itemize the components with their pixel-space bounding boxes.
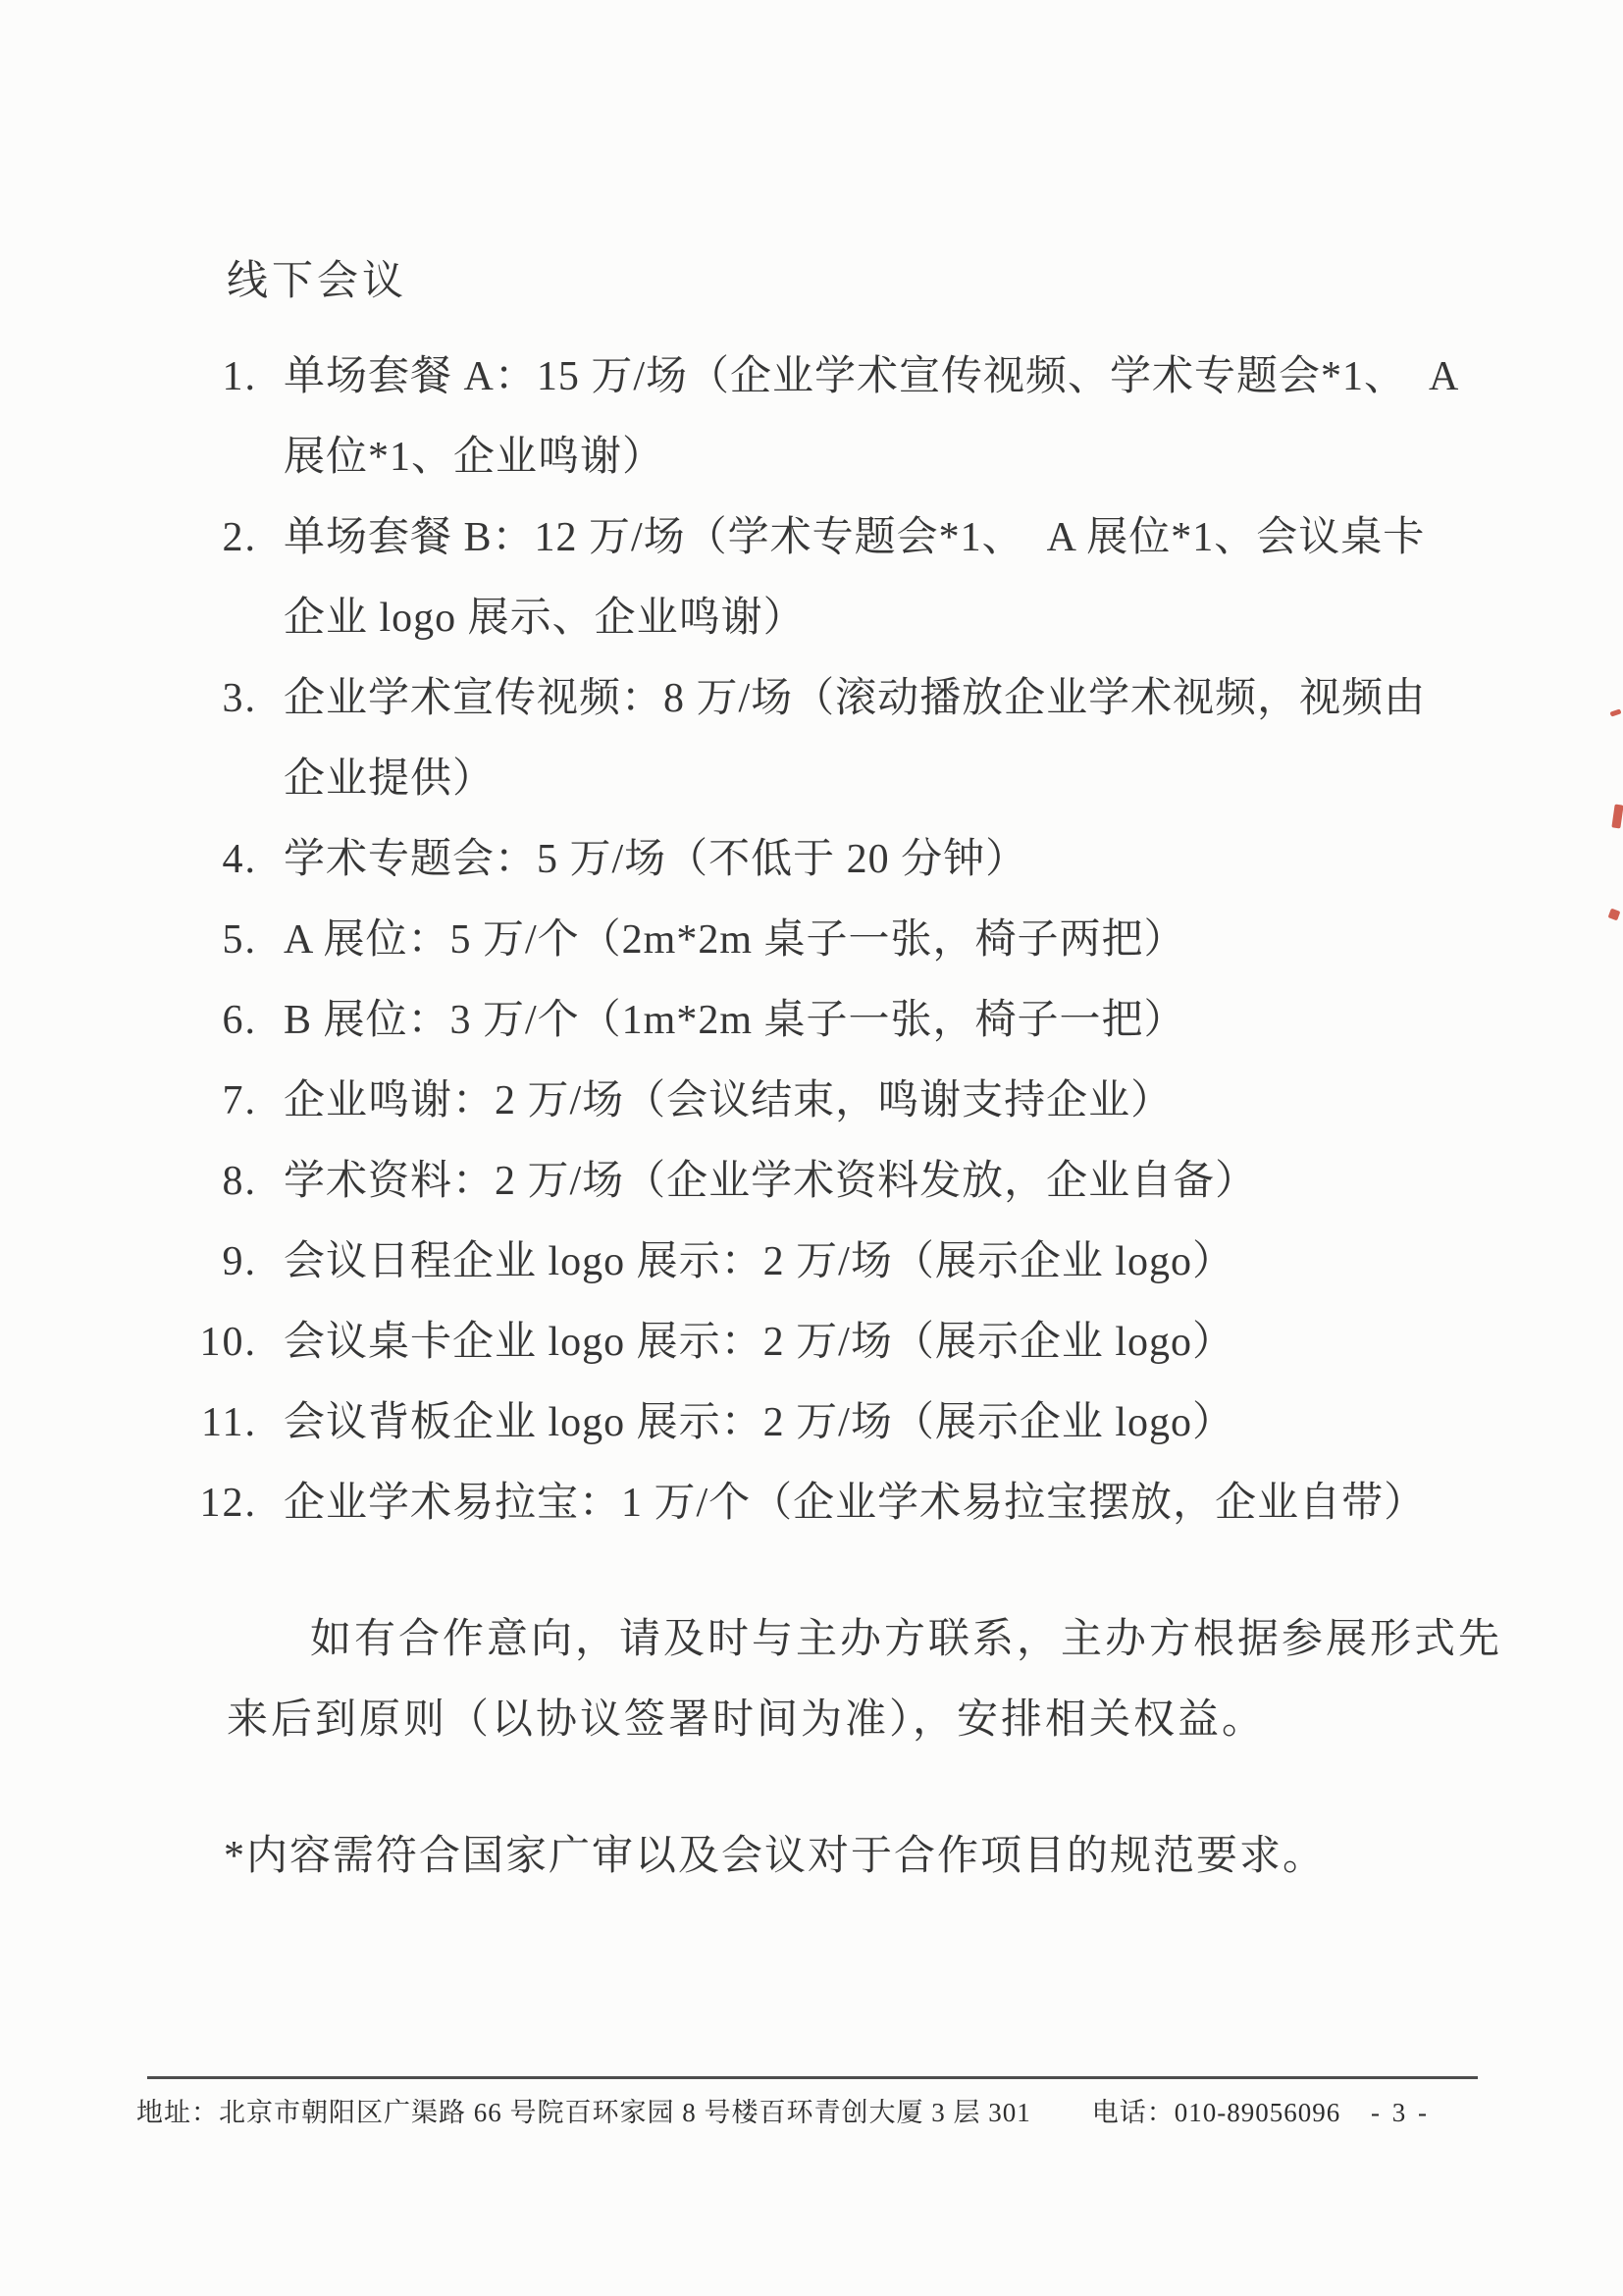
list-item-line: 单场套餐 A：15 万/场（企业学术宣传视频、学术专题会*1、 A <box>284 337 1516 417</box>
list-item: 10. 会议桌卡企业 logo 展示：2 万/场（展示企业 logo） <box>152 1302 1516 1383</box>
scan-artifact-red-mark <box>1608 909 1621 921</box>
list-item-text: 企业鸣谢：2 万/场（会议结束，鸣谢支持企业） <box>284 1061 1516 1141</box>
list-item: 8. 学术资料：2 万/场（企业学术资料发放，企业自备） <box>152 1141 1516 1222</box>
list-item-line: 展位*1、企业鸣谢） <box>284 417 1516 497</box>
section-title: 线下会议 <box>227 259 407 304</box>
list-item-line: 企业 logo 展示、企业鸣谢） <box>284 578 1516 658</box>
list-item-text: 单场套餐 B：12 万/场（学术专题会*1、 A 展位*1、会议桌卡企业 log… <box>284 497 1516 658</box>
paragraph-line: 来后到原则（以协议签署时间为准），安排相关权益。 <box>227 1680 1502 1760</box>
list-item-number: 11. <box>152 1383 257 1463</box>
list-item-line: 企业鸣谢：2 万/场（会议结束，鸣谢支持企业） <box>284 1061 1516 1141</box>
list-item-number: 3. <box>152 658 257 739</box>
address-label: 地址： <box>136 2098 219 2127</box>
list-item-number: 9. <box>152 1222 257 1302</box>
list-item-text: 单场套餐 A：15 万/场（企业学术宣传视频、学术专题会*1、 A展位*1、企业… <box>284 337 1516 497</box>
list-item-text: 企业学术易拉宝：1 万/个（企业学术易拉宝摆放，企业自带） <box>284 1463 1516 1543</box>
list-item-number: 8. <box>152 1141 257 1222</box>
page-number: - 3 - <box>1371 2096 1430 2129</box>
list-item-number: 4. <box>152 819 257 900</box>
list-item-text: B 展位：3 万/个（1m*2m 桌子一张，椅子一把） <box>284 980 1516 1061</box>
list-item-text: 会议日程企业 logo 展示：2 万/场（展示企业 logo） <box>284 1222 1516 1302</box>
list-item-number: 6. <box>152 980 257 1061</box>
list-item: 1. 单场套餐 A：15 万/场（企业学术宣传视频、学术专题会*1、 A展位*1… <box>152 337 1516 497</box>
paragraph-line: 如有合作意向，请及时与主办方联系，主办方根据参展形式先 <box>227 1599 1502 1680</box>
list-item: 11. 会议背板企业 logo 展示：2 万/场（展示企业 logo） <box>152 1383 1516 1463</box>
list-item-text: 会议背板企业 logo 展示：2 万/场（展示企业 logo） <box>284 1383 1516 1463</box>
compliance-note: *内容需符合国家广审以及会议对于合作项目的规范要求。 <box>224 1831 1326 1882</box>
list-item-number: 7. <box>152 1061 257 1141</box>
list-item-line: A 展位：5 万/个（2m*2m 桌子一张，椅子两把） <box>284 900 1516 980</box>
list-item-text: 企业学术宣传视频：8 万/场（滚动播放企业学术视频，视频由企业提供） <box>284 658 1516 819</box>
list-item-text: 学术专题会：5 万/场（不低于 20 分钟） <box>284 819 1516 900</box>
cooperation-paragraph: 如有合作意向，请及时与主办方联系，主办方根据参展形式先 来后到原则（以协议签署时… <box>227 1599 1502 1760</box>
list-item-line: 会议桌卡企业 logo 展示：2 万/场（展示企业 logo） <box>284 1302 1516 1383</box>
phone-value: 010-89056096 <box>1175 2098 1341 2127</box>
list-item: 4. 学术专题会：5 万/场（不低于 20 分钟） <box>152 819 1516 900</box>
list-item-number: 2. <box>152 497 257 578</box>
list-item-number: 10. <box>152 1302 257 1383</box>
price-list: 1. 单场套餐 A：15 万/场（企业学术宣传视频、学术专题会*1、 A展位*1… <box>152 337 1516 1543</box>
phone-label: 电话： <box>1092 2098 1175 2127</box>
footer-phone: 电话：010-89056096 <box>1092 2096 1341 2129</box>
list-item-line: 会议日程企业 logo 展示：2 万/场（展示企业 logo） <box>284 1222 1516 1302</box>
list-item-line: B 展位：3 万/个（1m*2m 桌子一张，椅子一把） <box>284 980 1516 1061</box>
list-item: 6. B 展位：3 万/个（1m*2m 桌子一张，椅子一把） <box>152 980 1516 1061</box>
list-item: 3. 企业学术宣传视频：8 万/场（滚动播放企业学术视频，视频由企业提供） <box>152 658 1516 819</box>
list-item-line: 学术资料：2 万/场（企业学术资料发放，企业自备） <box>284 1141 1516 1222</box>
list-item-line: 企业学术易拉宝：1 万/个（企业学术易拉宝摆放，企业自带） <box>284 1463 1516 1543</box>
document-page: 线下会议 1. 单场套餐 A：15 万/场（企业学术宣传视频、学术专题会*1、 … <box>0 0 1623 2296</box>
footer-address: 地址：北京市朝阳区广渠路 66 号院百环家园 8 号楼百环青创大厦 3 层 30… <box>136 2096 1031 2129</box>
list-item-number: 1. <box>152 337 257 417</box>
list-item-line: 会议背板企业 logo 展示：2 万/场（展示企业 logo） <box>284 1383 1516 1463</box>
page-footer: 地址：北京市朝阳区广渠路 66 号院百环家园 8 号楼百环青创大厦 3 层 30… <box>136 2096 1473 2129</box>
list-item-text: 学术资料：2 万/场（企业学术资料发放，企业自备） <box>284 1141 1516 1222</box>
list-item: 2. 单场套餐 B：12 万/场（学术专题会*1、 A 展位*1、会议桌卡企业 … <box>152 497 1516 658</box>
list-item-text: 会议桌卡企业 logo 展示：2 万/场（展示企业 logo） <box>284 1302 1516 1383</box>
scan-artifact-red-mark <box>1609 708 1621 716</box>
list-item-line: 单场套餐 B：12 万/场（学术专题会*1、 A 展位*1、会议桌卡 <box>284 497 1516 578</box>
scan-artifact-red-mark <box>1611 804 1623 828</box>
list-item-line: 企业提供） <box>284 739 1516 819</box>
list-item: 9. 会议日程企业 logo 展示：2 万/场（展示企业 logo） <box>152 1222 1516 1302</box>
list-item-number: 12. <box>152 1463 257 1543</box>
list-item: 12. 企业学术易拉宝：1 万/个（企业学术易拉宝摆放，企业自带） <box>152 1463 1516 1543</box>
list-item-number: 5. <box>152 900 257 980</box>
footer-divider <box>147 2076 1478 2079</box>
list-item-line: 企业学术宣传视频：8 万/场（滚动播放企业学术视频，视频由 <box>284 658 1516 739</box>
list-item: 5. A 展位：5 万/个（2m*2m 桌子一张，椅子两把） <box>152 900 1516 980</box>
list-item-text: A 展位：5 万/个（2m*2m 桌子一张，椅子两把） <box>284 900 1516 980</box>
list-item-line: 学术专题会：5 万/场（不低于 20 分钟） <box>284 819 1516 900</box>
address-value: 北京市朝阳区广渠路 66 号院百环家园 8 号楼百环青创大厦 3 层 301 <box>219 2098 1031 2127</box>
list-item: 7. 企业鸣谢：2 万/场（会议结束，鸣谢支持企业） <box>152 1061 1516 1141</box>
